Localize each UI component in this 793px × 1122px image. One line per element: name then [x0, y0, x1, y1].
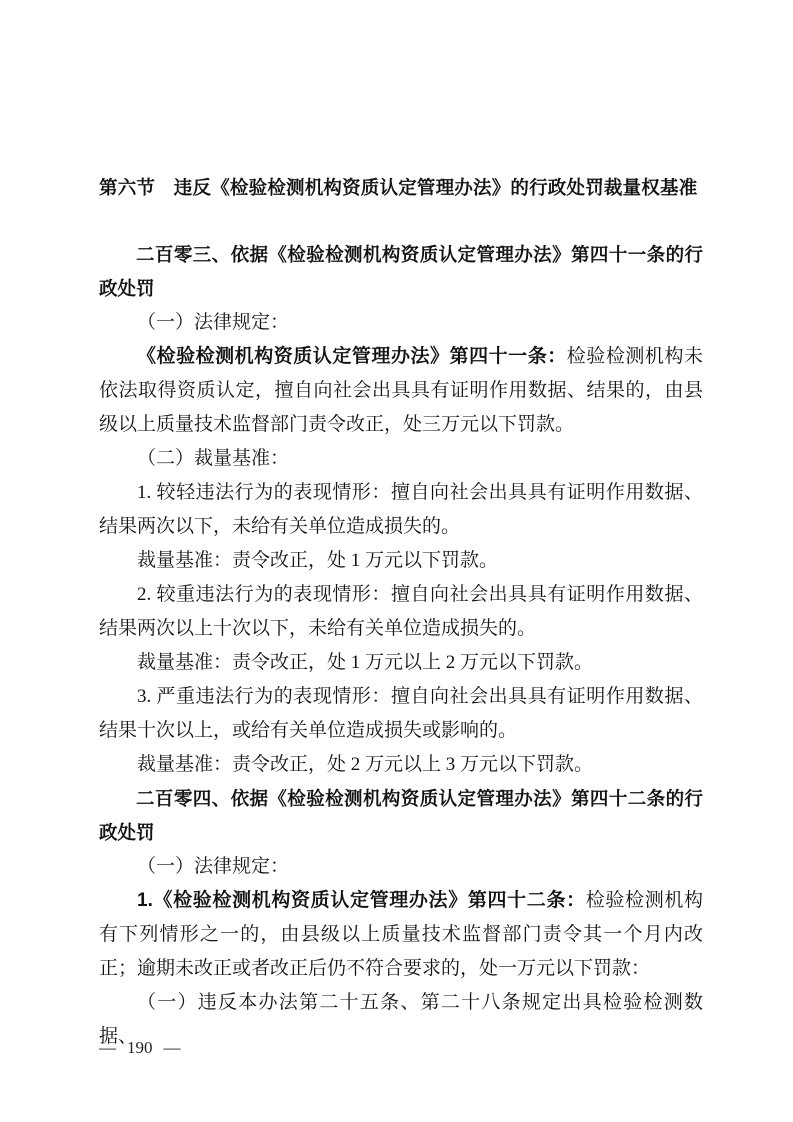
paragraph-criteria-severe: 裁量基准：责令改正，处 2 万元以上 3 万元以下罚款。 — [99, 748, 703, 782]
sub-section-heading-203: 二百零三、依据《检验检测机构资质认定管理办法》第四十一条的行政处罚 — [99, 238, 703, 306]
section-title: 第六节 违反《检验检测机构资质认定管理办法》的行政处罚裁量权基准 — [99, 171, 703, 205]
label-legal-provision-203: （一）法律规定： — [99, 306, 703, 340]
label-discretion-criteria-203: （二）裁量基准： — [99, 442, 703, 476]
page-footer: — 190 — — [99, 1036, 181, 1060]
footer-dash-right: — — [164, 1036, 181, 1060]
document-content: 第六节 违反《检验检测机构资质认定管理办法》的行政处罚裁量权基准 二百零三、依据… — [0, 0, 793, 1054]
paragraph-article-42: 1.《检验检测机构资质认定管理办法》第四十二条：检验检测机构有下列情形之一的，由… — [99, 884, 703, 986]
paragraph-moderate-violation: 2. 较重违法行为的表现情形：擅自向社会出具具有证明作用数据、结果两次以上十次以… — [99, 578, 703, 646]
paragraph-article-42-item-1: （一）违反本办法第二十五条、第二十八条规定出具检验检测数据、 — [99, 986, 703, 1054]
paragraph-criteria-minor: 裁量基准：责令改正，处 1 万元以下罚款。 — [99, 544, 703, 578]
paragraph-criteria-moderate: 裁量基准：责令改正，处 1 万元以上 2 万元以下罚款。 — [99, 646, 703, 680]
article-42-reference: 1.《检验检测机构资质认定管理办法》第四十二条： — [137, 890, 586, 911]
paragraph-article-41: 《检验检测机构资质认定管理办法》第四十一条：检验检测机构未依法取得资质认定，擅自… — [99, 340, 703, 442]
label-legal-provision-204: （一）法律规定： — [99, 850, 703, 884]
paragraph-severe-violation: 3. 严重违法行为的表现情形：擅自向社会出具具有证明作用数据、结果十次以上，或给… — [99, 680, 703, 748]
footer-dash-left: — — [99, 1036, 116, 1060]
paragraph-minor-violation: 1. 较轻违法行为的表现情形：擅自向社会出具具有证明作用数据、结果两次以下，未给… — [99, 476, 703, 544]
page-number: 190 — [127, 1036, 153, 1060]
article-41-reference: 《检验检测机构资质认定管理办法》第四十一条： — [137, 346, 567, 367]
sub-section-heading-204: 二百零四、依据《检验检测机构资质认定管理办法》第四十二条的行政处罚 — [99, 782, 703, 850]
document-page: 第六节 违反《检验检测机构资质认定管理办法》的行政处罚裁量权基准 二百零三、依据… — [0, 0, 793, 1122]
